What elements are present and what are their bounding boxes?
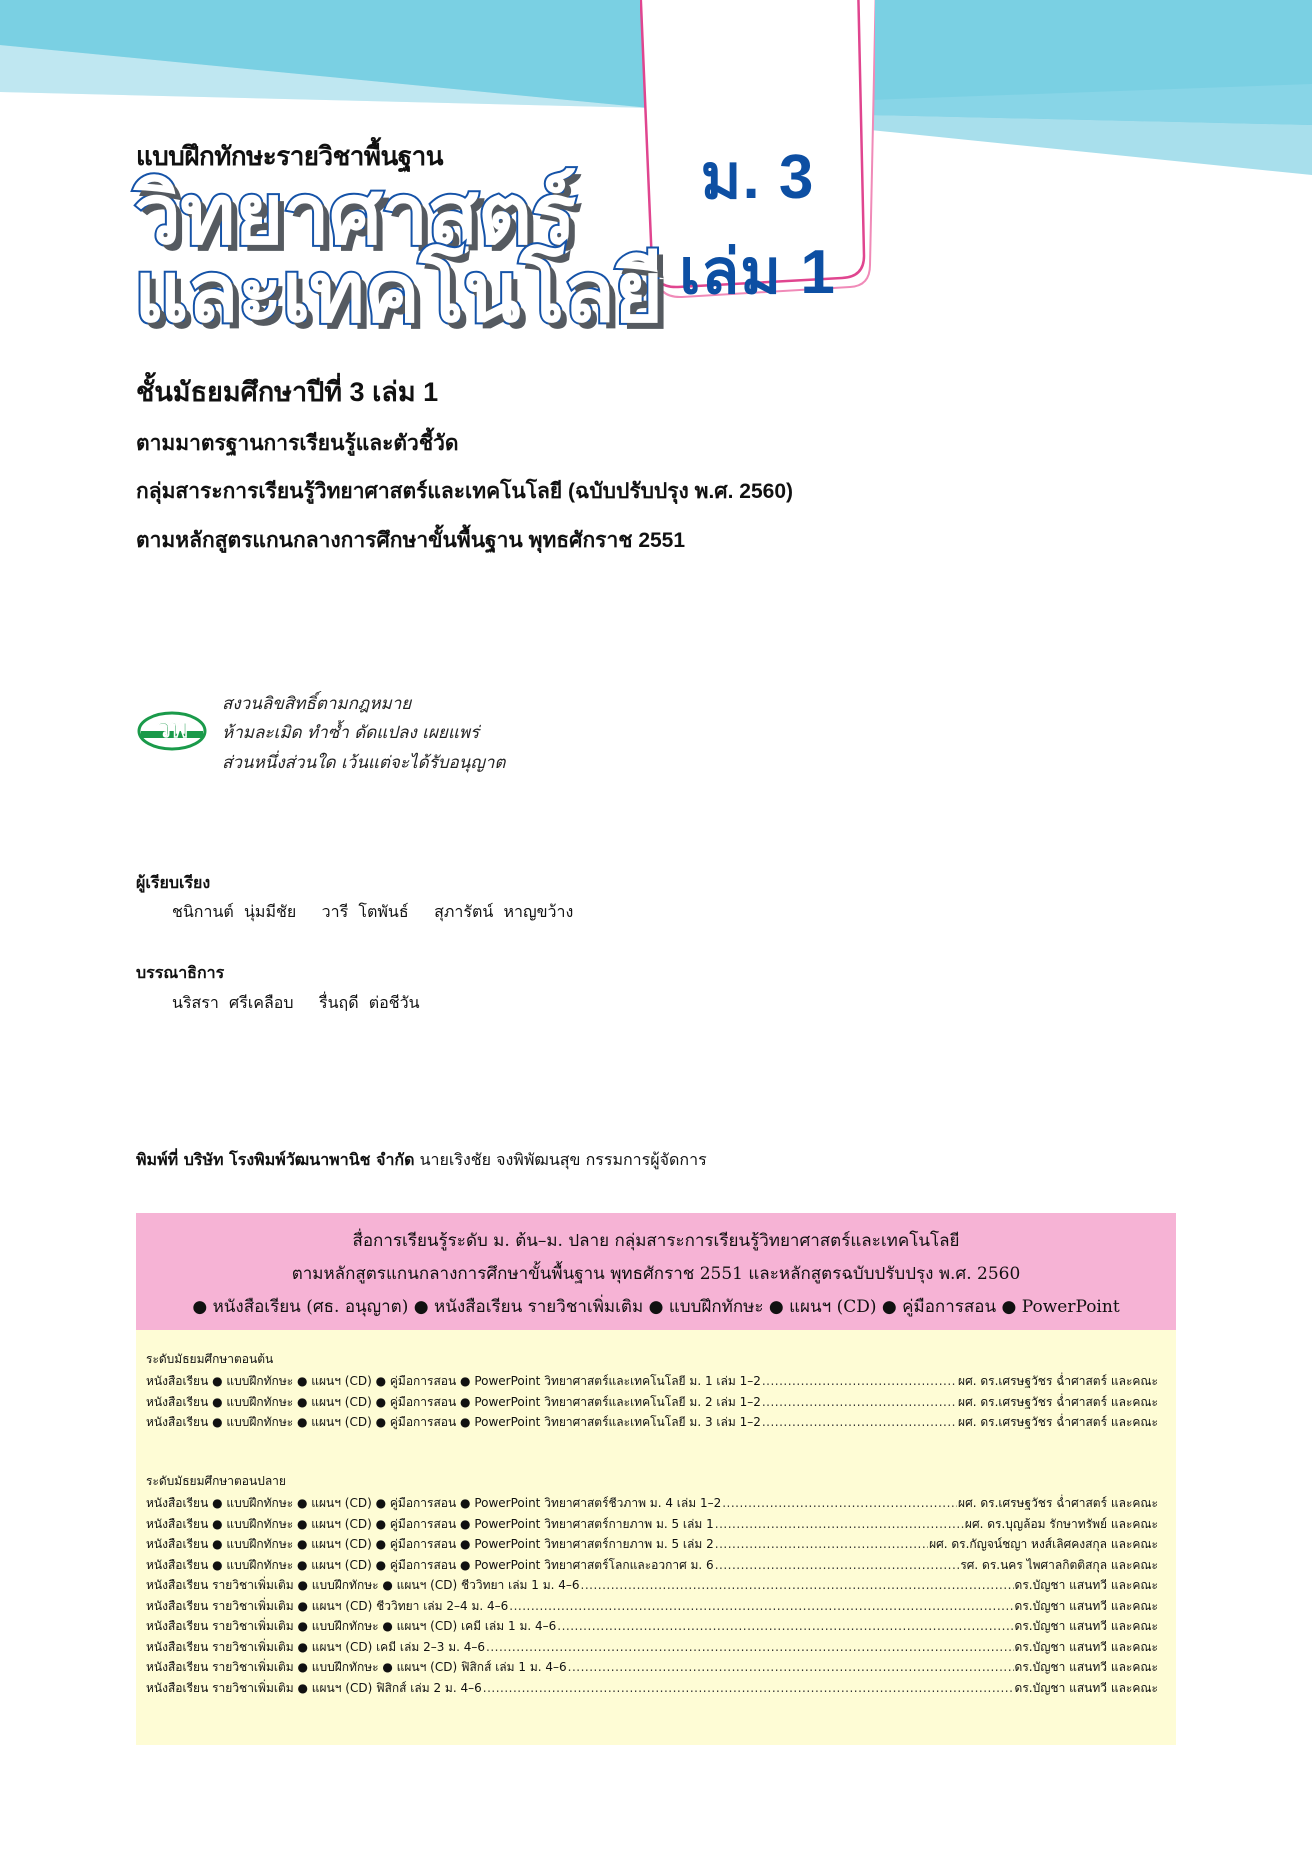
catalog-row: หนังสือเรียน ● แบบฝึกทักษะ ● แผนฯ (CD) ●… bbox=[146, 1535, 1158, 1555]
catalog-row: หนังสือเรียน รายวิชาเพิ่มเติม ● แผนฯ (CD… bbox=[146, 1597, 1158, 1617]
copyright-line: ส่วนหนึ่งส่วนใด เว้นแต่จะได้รับอนุญาต bbox=[222, 749, 505, 776]
catalog-row: หนังสือเรียน รายวิชาเพิ่มเติม ● แบบฝึกทั… bbox=[146, 1576, 1158, 1596]
catalog-row: หนังสือเรียน รายวิชาเพิ่มเติม ● แบบฝึกทั… bbox=[146, 1658, 1158, 1678]
book-title-line2: และเทคโนโลยี bbox=[134, 250, 662, 334]
leader-dots bbox=[568, 1660, 1014, 1674]
leader-dots bbox=[715, 1517, 964, 1531]
catalog-title: หนังสือเรียน ● แบบฝึกทักษะ ● แผนฯ (CD) ●… bbox=[146, 1535, 714, 1554]
catalog-title: หนังสือเรียน ● แบบฝึกทักษะ ● แผนฯ (CD) ●… bbox=[146, 1556, 714, 1575]
leader-dots bbox=[486, 1640, 1014, 1654]
banner-line: สื่อการเรียนรู้ระดับ ม. ต้น–ม. ปลาย กลุ่… bbox=[136, 1227, 1176, 1254]
banner-line: ตามหลักสูตรแกนกลางการศึกษาขั้นพื้นฐาน พุ… bbox=[136, 1260, 1176, 1287]
standard-line: ตามหลักสูตรแกนกลางการศึกษาขั้นพื้นฐาน พุ… bbox=[136, 524, 685, 557]
printer-line: พิมพ์ที่ บริษัท โรงพิมพ์วัฒนาพานิช จำกัด… bbox=[136, 1148, 707, 1173]
publisher-logo-icon: วพ bbox=[137, 711, 207, 751]
catalog-author: ดร.บัญชา แสนทวี และคณะ bbox=[1015, 1617, 1158, 1636]
catalog-author: รศ. ดร.นคร ไพศาลกิตติสกุล และคณะ bbox=[960, 1556, 1158, 1575]
catalog-title: หนังสือเรียน ● แบบฝึกทักษะ ● แผนฯ (CD) ●… bbox=[146, 1494, 721, 1513]
leader-dots bbox=[715, 1558, 960, 1572]
section-heading-upper-secondary: ระดับมัธยมศึกษาตอนปลาย bbox=[146, 1472, 286, 1491]
catalog-list: ระดับมัธยมศึกษาตอนต้น ระดับมัธยมศึกษาตอน… bbox=[136, 1330, 1176, 1745]
catalog-title: หนังสือเรียน รายวิชาเพิ่มเติม ● แผนฯ (CD… bbox=[146, 1597, 508, 1616]
catalog-title: หนังสือเรียน รายวิชาเพิ่มเติม ● แผนฯ (CD… bbox=[146, 1679, 482, 1698]
leader-dots bbox=[722, 1496, 957, 1510]
catalog-title: หนังสือเรียน รายวิชาเพิ่มเติม ● แบบฝึกทั… bbox=[146, 1658, 567, 1677]
editors-names: นริสรา ศรีเคลือบ รื่นฤดี ต่อชีวัน bbox=[172, 991, 420, 1016]
catalog-author: ผศ. ดร.เศรษฐวัชร ฉ่ำศาสตร์ และคณะ bbox=[958, 1494, 1158, 1513]
leader-dots bbox=[715, 1537, 928, 1551]
grade-line: ชั้นมัธยมศึกษาปีที่ 3 เล่ม 1 bbox=[136, 370, 438, 413]
catalog-title: หนังสือเรียน ● แบบฝึกทักษะ ● แผนฯ (CD) ●… bbox=[146, 1372, 761, 1391]
catalog-row: หนังสือเรียน ● แบบฝึกทักษะ ● แผนฯ (CD) ●… bbox=[146, 1556, 1158, 1576]
copyright-line: ห้ามละเมิด ทำซ้ำ ดัดแปลง เผยแพร่ bbox=[222, 719, 479, 746]
catalog-row: หนังสือเรียน รายวิชาเพิ่มเติม ● แผนฯ (CD… bbox=[146, 1679, 1158, 1699]
catalog-author: ดร.บัญชา แสนทวี และคณะ bbox=[1015, 1679, 1158, 1698]
copyright-line: สงวนลิขสิทธิ์ตามกฎหมาย bbox=[222, 690, 411, 717]
catalog-row: หนังสือเรียน รายวิชาเพิ่มเติม ● แผนฯ (CD… bbox=[146, 1638, 1158, 1658]
catalog-title: หนังสือเรียน ● แบบฝึกทักษะ ● แผนฯ (CD) ●… bbox=[146, 1393, 761, 1412]
compilers-heading: ผู้เรียบเรียง bbox=[136, 871, 210, 896]
volume-card: ม. 3 เล่ม 1 bbox=[640, 0, 875, 320]
book-title-line1: วิทยาศาสตร์ bbox=[134, 172, 575, 256]
catalog-author: ดร.บัญชา แสนทวี และคณะ bbox=[1015, 1638, 1158, 1657]
catalog-row: หนังสือเรียน ● แบบฝึกทักษะ ● แผนฯ (CD) ●… bbox=[146, 1372, 1158, 1392]
catalog-row: หนังสือเรียน ● แบบฝึกทักษะ ● แผนฯ (CD) ●… bbox=[146, 1413, 1158, 1433]
catalog-title: หนังสือเรียน ● แบบฝึกทักษะ ● แผนฯ (CD) ●… bbox=[146, 1515, 714, 1534]
leader-dots bbox=[509, 1599, 1013, 1613]
catalog-row: หนังสือเรียน ● แบบฝึกทักษะ ● แผนฯ (CD) ●… bbox=[146, 1494, 1158, 1514]
catalog-author: ผศ. ดร.บุญล้อม รักษาทรัพย์ และคณะ bbox=[965, 1515, 1158, 1534]
catalog-author: ผศ. ดร.เศรษฐวัชร ฉ่ำศาสตร์ และคณะ bbox=[958, 1372, 1158, 1391]
catalog-author: ผศ. ดร.กัญจน์ชญา หงส์เลิศคงสกุล และคณะ bbox=[929, 1535, 1158, 1554]
printer-person: นายเริงชัย จงพิพัฒนสุข กรรมการผู้จัดการ bbox=[420, 1150, 707, 1169]
catalog-title: หนังสือเรียน ● แบบฝึกทักษะ ● แผนฯ (CD) ●… bbox=[146, 1413, 761, 1432]
leader-dots bbox=[762, 1374, 957, 1388]
catalog-author: ดร.บัญชา แสนทวี และคณะ bbox=[1015, 1658, 1158, 1677]
leader-dots bbox=[483, 1681, 1014, 1695]
editors-heading: บรรณาธิการ bbox=[136, 961, 224, 986]
leader-dots bbox=[762, 1415, 957, 1429]
compilers-names: ชนิกานต์ นุ่มมีชัย วารี โตพันธ์ สุภารัตน… bbox=[172, 900, 573, 925]
standard-line: กลุ่มสาระการเรียนรู้วิทยาศาสตร์และเทคโนโ… bbox=[136, 475, 793, 508]
catalog-author: ดร.บัญชา แสนทวี และคณะ bbox=[1015, 1576, 1158, 1595]
catalog-row: หนังสือเรียน รายวิชาเพิ่มเติม ● แบบฝึกทั… bbox=[146, 1617, 1158, 1637]
printer-company: พิมพ์ที่ บริษัท โรงพิมพ์วัฒนาพานิช จำกัด bbox=[136, 1150, 415, 1169]
catalog-author: ผศ. ดร.เศรษฐวัชร ฉ่ำศาสตร์ และคณะ bbox=[958, 1413, 1158, 1432]
leader-dots bbox=[557, 1619, 1013, 1633]
catalog-title: หนังสือเรียน รายวิชาเพิ่มเติม ● แผนฯ (CD… bbox=[146, 1638, 485, 1657]
volume-grade: ม. 3 bbox=[640, 128, 875, 226]
catalog-author: ผศ. ดร.เศรษฐวัชร ฉ่ำศาสตร์ และคณะ bbox=[958, 1393, 1158, 1412]
catalog-row: หนังสือเรียน ● แบบฝึกทักษะ ● แผนฯ (CD) ●… bbox=[146, 1393, 1158, 1413]
leader-dots bbox=[762, 1395, 957, 1409]
section-heading-lower-secondary: ระดับมัธยมศึกษาตอนต้น bbox=[146, 1350, 273, 1369]
learning-media-banner: สื่อการเรียนรู้ระดับ ม. ต้น–ม. ปลาย กลุ่… bbox=[136, 1213, 1176, 1330]
leader-dots bbox=[581, 1578, 1014, 1592]
catalog-title: หนังสือเรียน รายวิชาเพิ่มเติม ● แบบฝึกทั… bbox=[146, 1576, 580, 1595]
banner-line: ● หนังสือเรียน (ศธ. อนุญาต) ● หนังสือเรี… bbox=[136, 1293, 1176, 1320]
volume-number: เล่ม 1 bbox=[640, 223, 875, 321]
catalog-author: ดร.บัญชา แสนทวี และคณะ bbox=[1015, 1597, 1158, 1616]
svg-text:วพ: วพ bbox=[156, 713, 188, 743]
standard-line: ตามมาตรฐานการเรียนรู้และตัวชี้วัด bbox=[136, 427, 459, 460]
catalog-title: หนังสือเรียน รายวิชาเพิ่มเติม ● แบบฝึกทั… bbox=[146, 1617, 556, 1636]
catalog-row: หนังสือเรียน ● แบบฝึกทักษะ ● แผนฯ (CD) ●… bbox=[146, 1515, 1158, 1535]
